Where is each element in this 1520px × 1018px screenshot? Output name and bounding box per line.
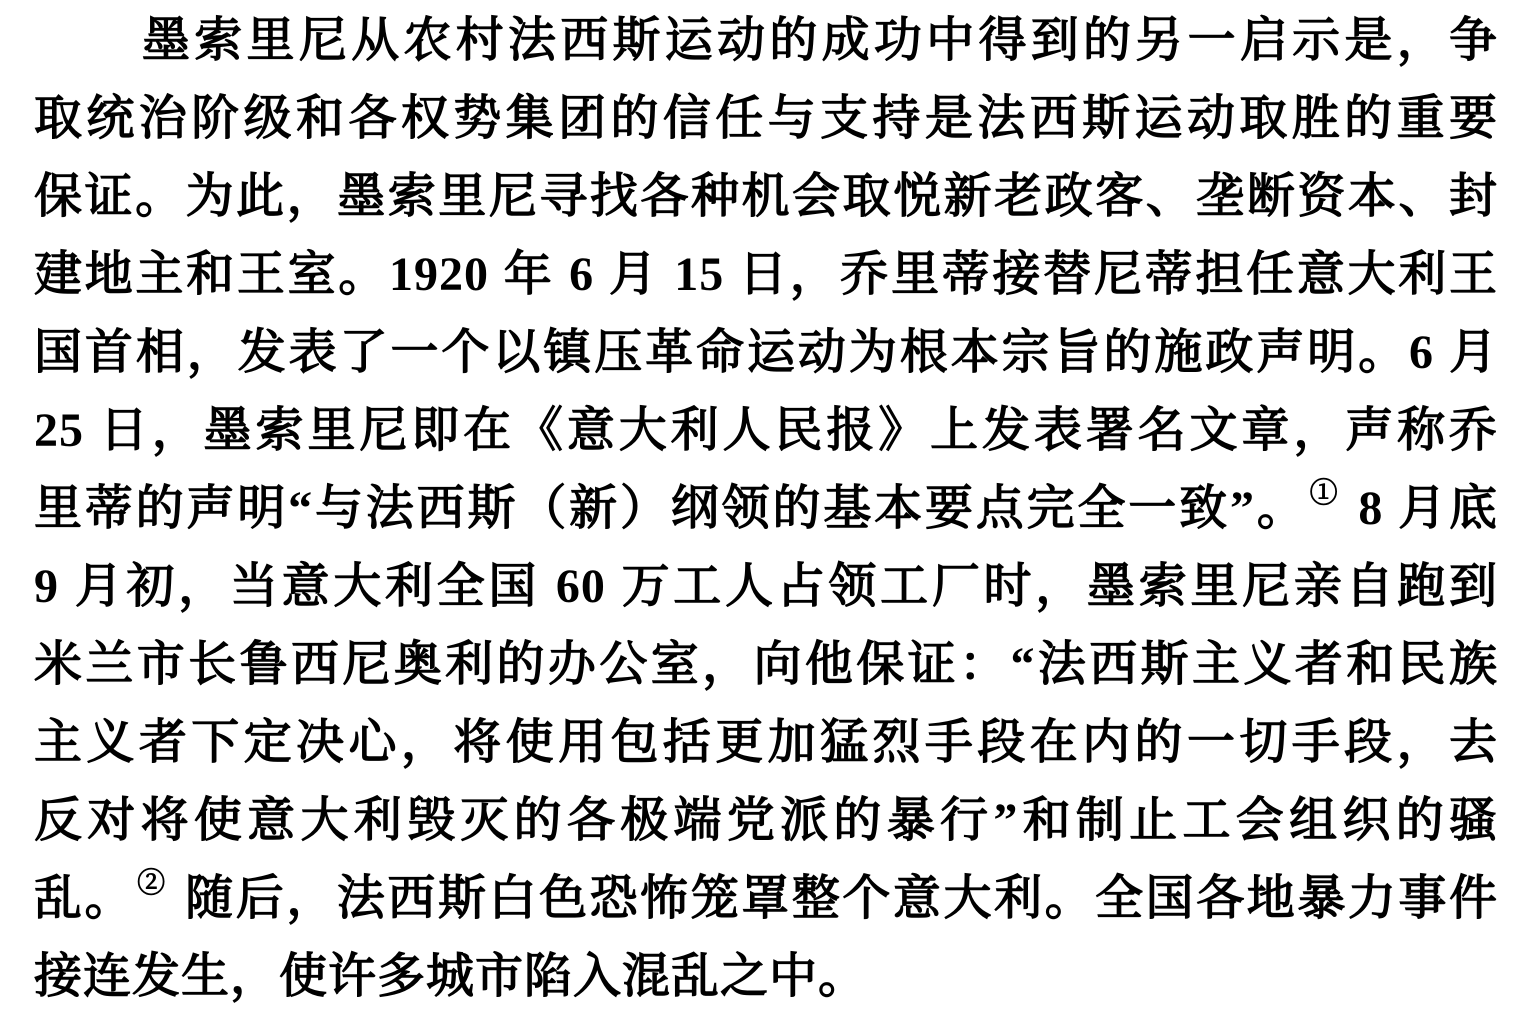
text-line: 接连发生，使许多城市陷入混乱之中。 [34,938,1498,1016]
text-line: 取统治阶级和各权势集团的信任与支持是法西斯运动取胜的重要 [34,80,1498,158]
text-line: 25 日，墨索里尼即在《意大利人民报》上发表署名文章，声称乔 [34,392,1498,470]
line-text: 随后，法西斯白色恐怖笼罩整个意大利。全国各地暴力事件 [171,872,1498,925]
text-line: 反对将使意大利毁灭的各极端党派的暴行”和制止工会组织的骚 [34,782,1498,860]
text-line: 乱。② 随后，法西斯白色恐怖笼罩整个意大利。全国各地暴力事件 [34,860,1498,938]
text-line: 9 月初，当意大利全国 60 万工人占领工厂时，墨索里尼亲自跑到 [34,548,1498,626]
text-line: 主义者下定决心，将使用包括更加猛烈手段在内的一切手段，去 [34,704,1498,782]
footnote-ref-1: ① [1308,478,1344,509]
scanned-page: 墨索里尼从农村法西斯运动的成功中得到的另一启示是，争 取统治阶级和各权势集团的信… [0,0,1520,1018]
text-line: 里蒂的声明“与法西斯（新）纲领的基本要点完全一致”。① 8 月底 [34,470,1498,548]
line-text: 里蒂的声明“与法西斯（新）纲领的基本要点完全一致”。 [34,482,1308,535]
text-line: 墨索里尼从农村法西斯运动的成功中得到的另一启示是，争 [34,2,1498,80]
line-text: 8 月底 [1343,482,1498,535]
text-line: 米兰市长鲁西尼奥利的办公室，向他保证：“法西斯主义者和民族 [34,626,1498,704]
text-line: 保证。为此，墨索里尼寻找各种机会取悦新老政客、垄断资本、封 [34,158,1498,236]
line-text: 乱。 [34,872,135,925]
text-line: 建地主和王室。1920 年 6 月 15 日，乔里蒂接替尼蒂担任意大利王 [34,236,1498,314]
footnote-ref-2: ② [135,868,171,899]
text-line: 国首相，发表了一个以镇压革命运动为根本宗旨的施政声明。6 月 [34,314,1498,392]
